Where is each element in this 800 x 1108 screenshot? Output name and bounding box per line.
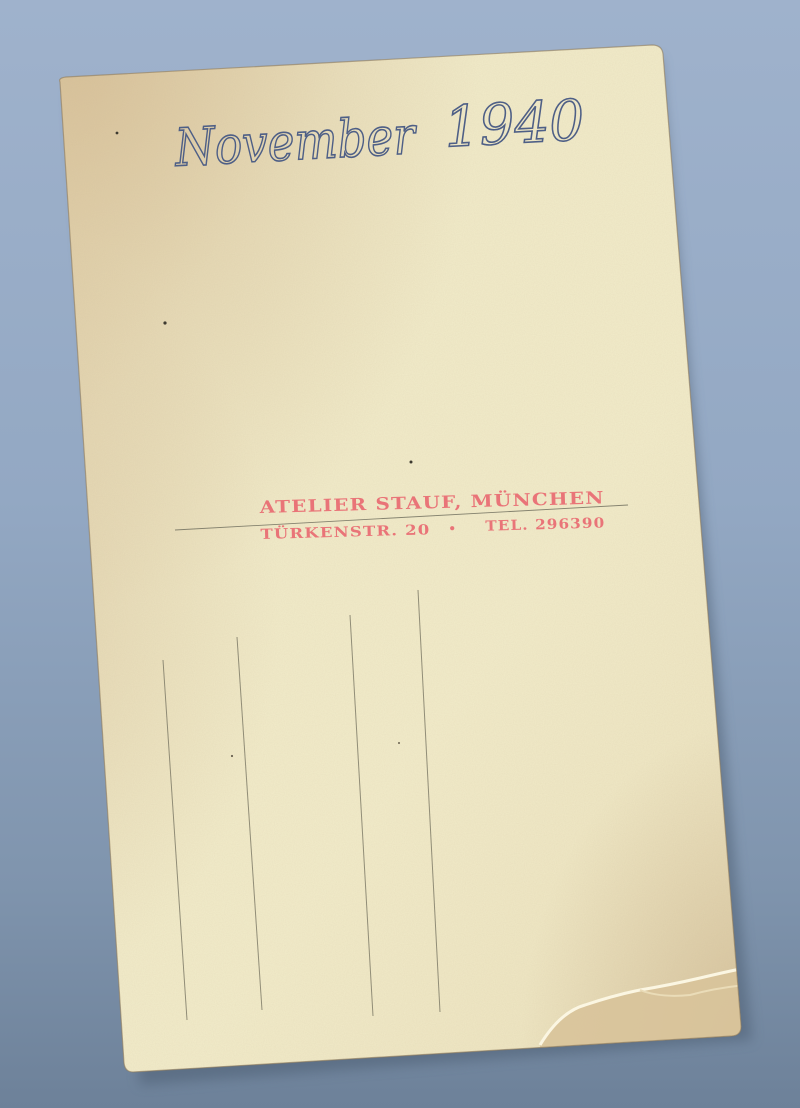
scanned-card-scene: November 1940 ATELIER STAUF, MÜNCHEN TÜR… xyxy=(0,0,800,1108)
handwritten-year: 1940 xyxy=(443,88,586,160)
stamp-phone: TEL. 296390 xyxy=(485,515,605,534)
stamp-separator: • xyxy=(448,522,457,536)
postcard: November 1940 ATELIER STAUF, MÜNCHEN TÜR… xyxy=(0,0,800,1108)
handwritten-month: November xyxy=(172,106,419,179)
